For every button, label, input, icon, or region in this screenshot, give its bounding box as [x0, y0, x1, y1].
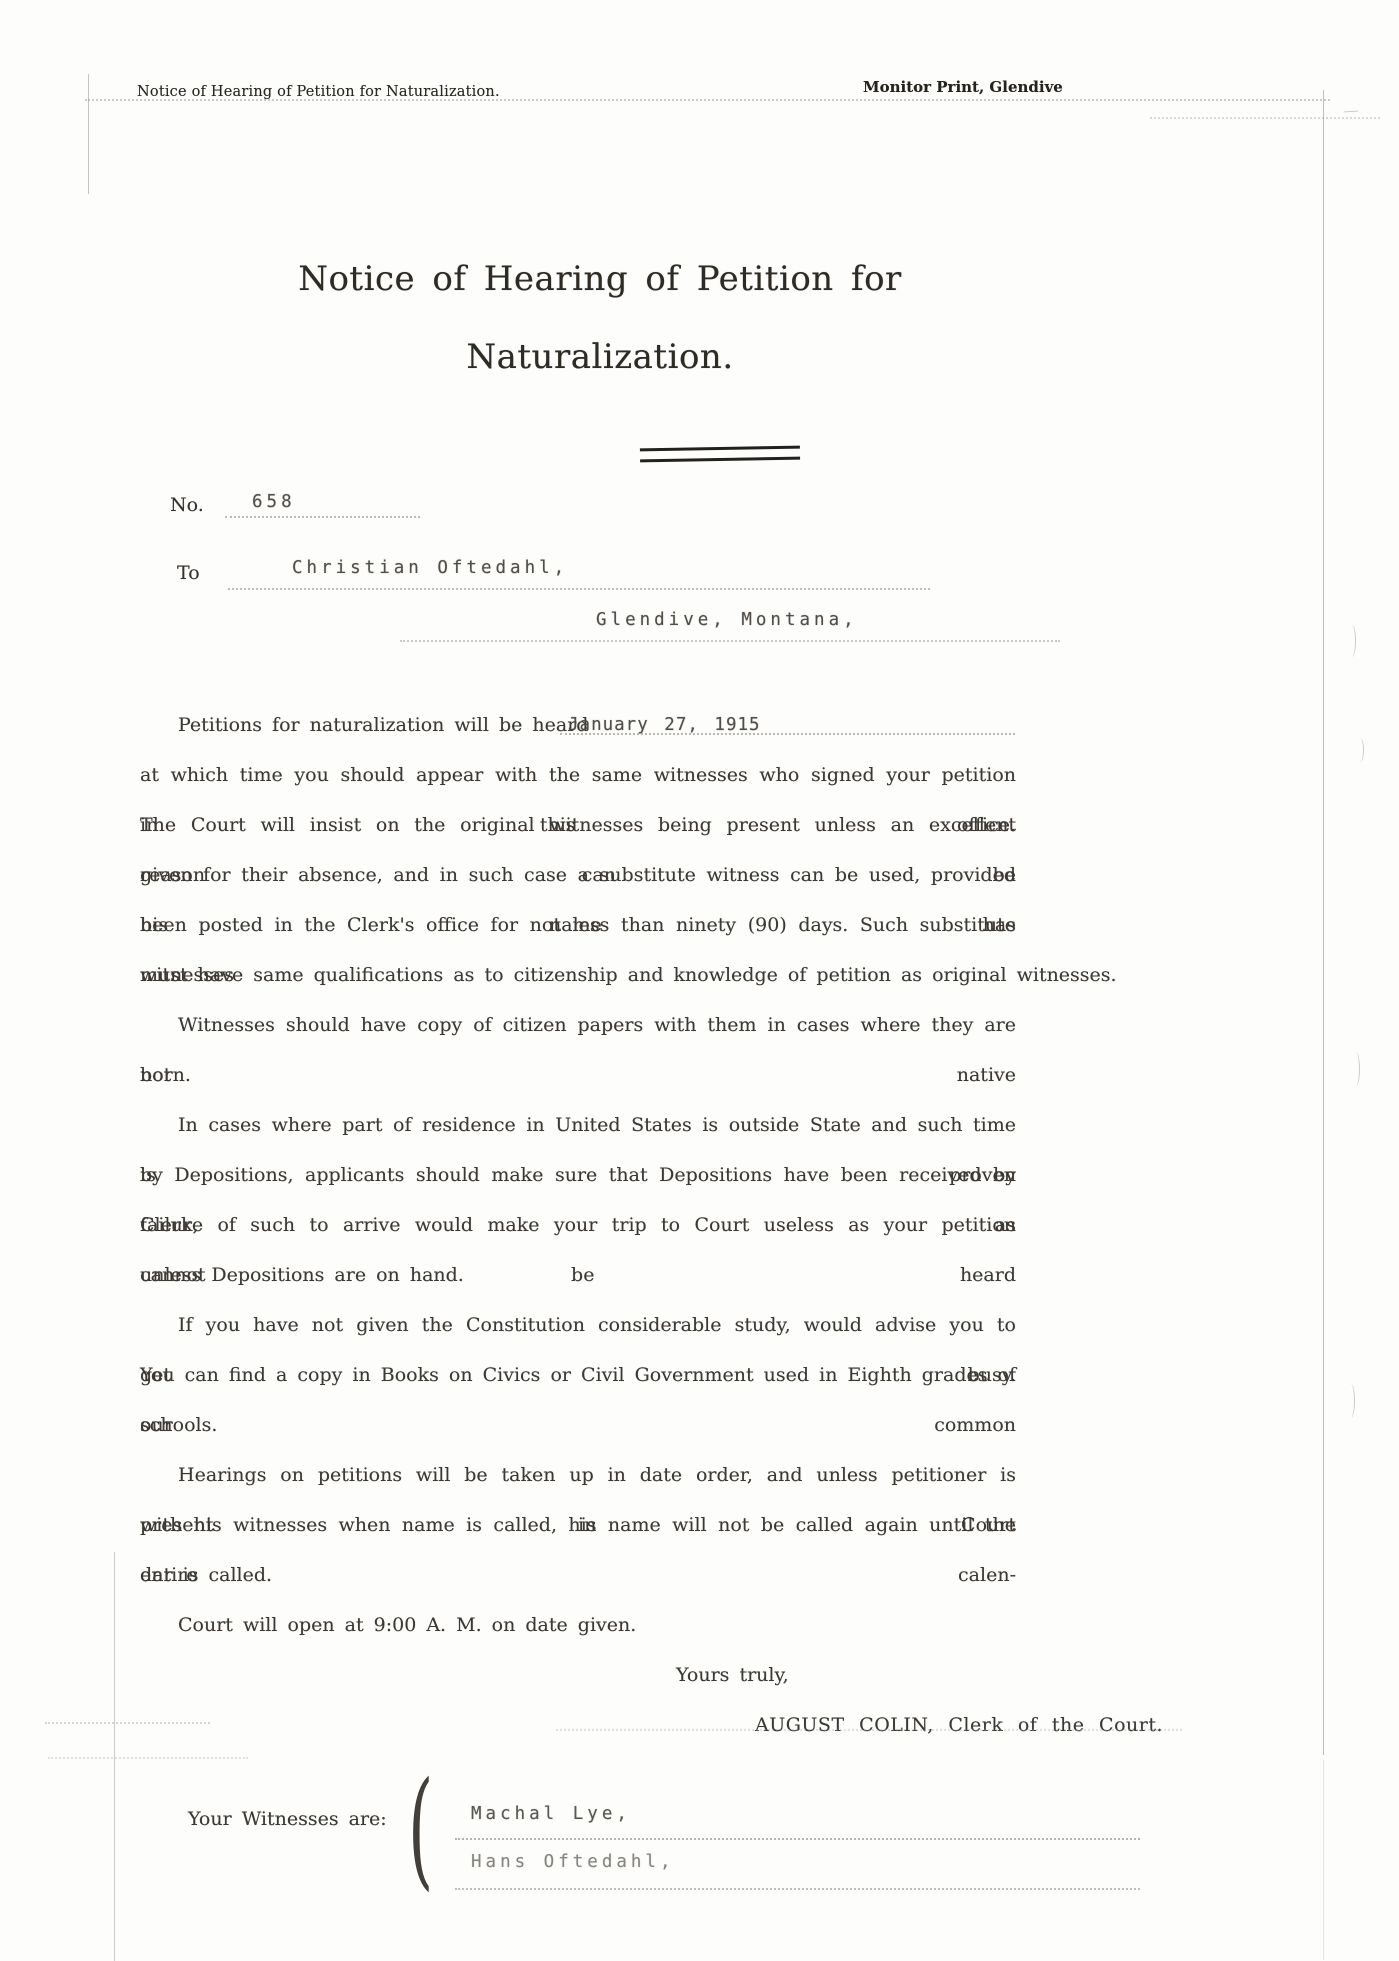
scan-line-right-lower — [1323, 1760, 1324, 1960]
witness-row: Machal Lye, — [455, 1796, 1140, 1840]
document-title-line2: Naturalization. — [150, 318, 1050, 396]
body-lead-row: Petitions for naturalization will be hea… — [140, 700, 1016, 750]
scan-mark-right-4 — [1347, 1384, 1355, 1418]
body-line: by Depositions, applicants should make s… — [140, 1150, 1016, 1200]
to-value: Christian Oftedahl, — [292, 558, 568, 578]
witness-row: Hans Oftedahl, — [455, 1840, 1140, 1890]
scan-dotted-line-left-lower2 — [48, 1757, 248, 1759]
body-lines: at which time you should appear with the… — [140, 750, 1016, 1650]
scanned-document-page: Notice of Hearing of Petition for Natura… — [0, 0, 1399, 1961]
body-line: failure of such to arrive would make you… — [140, 1200, 1016, 1250]
witness-rows: Machal Lye,Hans Oftedahl, — [455, 1796, 1140, 1890]
body-lead-text: Petitions for naturalization will be hea… — [140, 714, 588, 736]
witness-brace: ( — [408, 1742, 433, 1915]
date-dotted-line — [560, 733, 1015, 735]
yours-truly-text: Yours truly, — [140, 1650, 1016, 1700]
clerk-dotted-line — [556, 1729, 1182, 1731]
to-label: To — [177, 562, 200, 584]
body-line: Hearings on petitions will be taken up i… — [140, 1450, 1016, 1500]
body-line: given for their absence, and in such cas… — [140, 850, 1016, 900]
scan-mark-right-2 — [1356, 738, 1364, 762]
body-line: been posted in the Clerk's office for no… — [140, 900, 1016, 950]
body-line: Court will open at 9:00 A. M. on date gi… — [140, 1600, 1016, 1650]
body-line: You can find a copy in Books on Civics o… — [140, 1350, 1016, 1400]
header-left-text: Notice of Hearing of Petition for Natura… — [137, 84, 500, 100]
header-right-text: Monitor Print, Glendive — [863, 78, 1063, 96]
scan-mark-right-3 — [1352, 1052, 1360, 1086]
body-line: If you have not given the Constitution c… — [140, 1300, 1016, 1350]
witnesses-label: Your Witnesses are: — [188, 1808, 387, 1830]
body-text-block: Petitions for naturalization will be hea… — [140, 700, 1016, 1750]
to-dotted-line — [228, 588, 930, 590]
address-dotted-line — [400, 640, 1060, 642]
scan-line-left-top — [88, 74, 89, 194]
hearing-date-value: January 27, 1915 — [568, 710, 761, 740]
no-dotted-line — [225, 516, 420, 518]
clerk-signature-text: AUGUST COLIN, Clerk of the Court. — [140, 1700, 1016, 1750]
scan-dotted-line-top-right — [1150, 117, 1380, 119]
no-value: 658 — [252, 492, 296, 512]
title-divider — [640, 446, 800, 463]
body-line: Witnesses should have copy of citizen pa… — [140, 1000, 1016, 1050]
address-value: Glendive, Montana, — [596, 610, 858, 630]
witness-name: Hans Oftedahl, — [471, 1852, 675, 1872]
scan-line-right — [1323, 90, 1324, 1755]
document-title-line1: Notice of Hearing of Petition for — [150, 240, 1050, 318]
body-line: with his witnesses when name is called, … — [140, 1500, 1016, 1550]
scan-cross-tick — [1344, 111, 1358, 113]
document-title: Notice of Hearing of Petition for Natura… — [150, 240, 1050, 396]
no-label: No. — [170, 494, 204, 516]
body-line: The Court will insist on the original wi… — [140, 800, 1016, 850]
witness-name: Machal Lye, — [471, 1804, 631, 1824]
body-line: must have same qualifications as to citi… — [140, 950, 1016, 1000]
body-line: In cases where part of residence in Unit… — [140, 1100, 1016, 1150]
scan-mark-right-1 — [1348, 625, 1356, 657]
body-line: at which time you should appear with the… — [140, 750, 1016, 800]
